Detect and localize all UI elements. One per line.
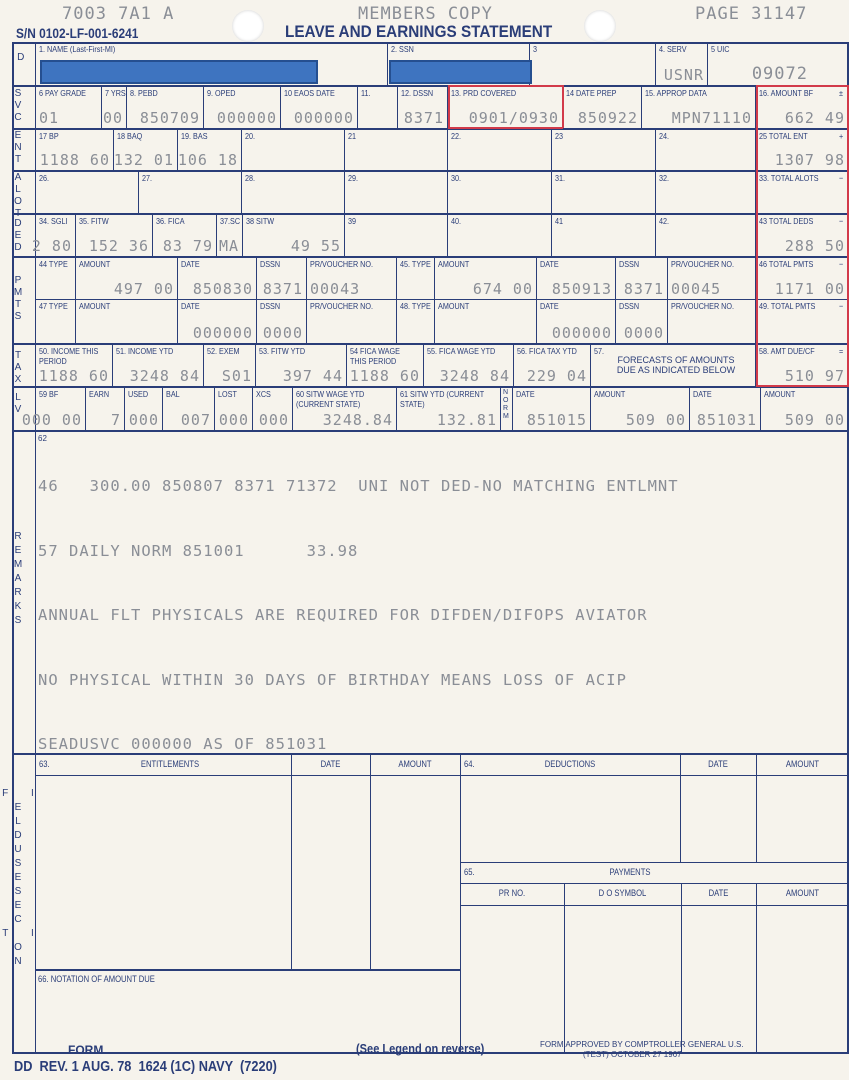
pmt44-dssn: DSSN8371 [257, 258, 307, 300]
field-29: 29. [345, 172, 448, 214]
uic-field: 5 UIC09072 [708, 43, 848, 86]
pmt44-amount: AMOUNT497 00 [76, 258, 178, 300]
field-11: 11. [358, 87, 398, 129]
row-label-field-use: F I E L D U S E S E C T I O N [1, 787, 35, 969]
field-40: 40. [448, 215, 552, 257]
pmt47-amount: AMOUNT [76, 300, 178, 344]
name-redaction [40, 60, 318, 84]
pay-grade-field: 6 PAY GRADE01 [36, 87, 102, 129]
forecast1-amount: AMOUNT509 00 [591, 388, 690, 431]
pmt45-amount: AMOUNT674 00 [435, 258, 537, 300]
forecast2-date: DATE851031 [690, 388, 761, 431]
field-32: 32. [656, 172, 756, 214]
sgli-field: 34. SGLI2 80 [36, 215, 76, 257]
pebd-field: 8. PEBD850709 [127, 87, 204, 129]
field-24: 24. [656, 130, 756, 171]
remarks-line: 46 300.00 850807 8371 71372 UNI NOT DED-… [38, 476, 679, 498]
pmt45-date: DATE850913 [537, 258, 616, 300]
field-26: 26. [36, 172, 139, 214]
income-this-period: 50. INCOME THIS PERIOD1188 60 [36, 345, 113, 387]
row-label-id: I D [1, 52, 35, 64]
fica-tax-ytd: 56. FICA TAX YTD229 04 [514, 345, 591, 387]
pmt48-voucher: PR/VOUCHER NO. [668, 300, 756, 344]
payments-number: 65. [464, 867, 475, 877]
notation-label: 66. NOTATION OF AMOUNT DUE [38, 974, 155, 984]
exem-field: 52. EXEMS01 [204, 345, 256, 387]
field-30: 30. [448, 172, 552, 214]
field-39: 39 [345, 215, 448, 257]
row-label-pmts: P M T S [1, 275, 35, 323]
approval-line-2: (TEST) OCTOBER 27 1967 [583, 1050, 682, 1059]
oped-field: 9. OPED000000 [204, 87, 281, 129]
deductions-amount-header: AMOUNT [763, 759, 842, 769]
pmt44-voucher: PR/VOUCHER NO.00043 [307, 258, 397, 300]
pmt47-date: DATE000000 [178, 300, 257, 344]
page-label: PAGE 31147 [695, 4, 807, 24]
row-label-svc: S V C [1, 88, 35, 124]
form-label: FORM [68, 1043, 103, 1057]
sc-field: 37.SCMA [217, 215, 243, 257]
sitw-wage-ytd: 60 SITW WAGE YTD (CURRENT STATE)3248.84 [293, 388, 397, 431]
payments-header: PAYMENTS [588, 867, 673, 877]
sitw-ytd: 61 SITW YTD (CURRENT STATE)132.81 [397, 388, 501, 431]
leave-xcs: XCS000 [253, 388, 293, 431]
payments-amount-header: AMOUNT [763, 888, 842, 898]
payments-prno-header: PR NO. [468, 888, 556, 898]
field-23: 23 [552, 130, 656, 171]
pmt44-date: DATE850830 [178, 258, 257, 300]
remarks-text: 46 300.00 850807 8371 71372 UNI NOT DED-… [38, 433, 679, 777]
ssn-redaction [389, 60, 532, 84]
field-28: 28. [242, 172, 345, 214]
pmt45-voucher: PR/VOUCHER NO.00045 [668, 258, 756, 300]
field-22: 22. [448, 130, 552, 171]
legend-note: (See Legend on reverse) [356, 1041, 484, 1056]
forecast1-date: DATE851015 [513, 388, 591, 431]
field-27: 27. [139, 172, 242, 214]
entitlements-date-header: DATE [297, 759, 364, 769]
dssn-field: 12. DSSN8371 [398, 87, 448, 129]
row-label-tax: T A X [1, 350, 35, 386]
serial-number: S/N 0102-LF-001-6241 [16, 25, 138, 41]
fica-wage-this-period: 54 FICA WAGE THIS PERIOD1188 60 [347, 345, 424, 387]
deductions-number: 64. [464, 759, 475, 769]
pmt44-type: 44 TYPE [36, 258, 76, 300]
page-title: LEAVE AND EARNINGS STATEMENT [285, 22, 552, 42]
fitw-field: 35. FITW152 36 [76, 215, 153, 257]
pmt45-dssn: DSSN8371 [616, 258, 668, 300]
field-31: 31. [552, 172, 656, 214]
pmt48-date: DATE000000 [537, 300, 616, 344]
field-42: 42. [656, 215, 756, 257]
row-label-ded: D E D [1, 218, 35, 254]
field-41: 41 [552, 215, 656, 257]
approval-line-1: FORM APPROVED BY COMPTROLLER GENERAL U.S… [540, 1040, 744, 1049]
fica-field: 36. FICA83 79 [153, 215, 217, 257]
approp-data-field: 15. APPROP DATAMPN71110 [642, 87, 756, 129]
punch-hole [232, 10, 264, 42]
norm-label: N O R M [501, 388, 513, 431]
sitw-field: 38 SITW49 55 [243, 215, 345, 257]
serv-field: 4. SERVUSNR [656, 43, 708, 86]
row-label-remarks: R E M A R K S [1, 530, 35, 628]
leave-bf: 59 BF000 00 [36, 388, 86, 431]
row-label-ent: E N T [1, 130, 35, 166]
entitlements-number: 63. [39, 759, 50, 769]
baq-field: 18 BAQ132 01 [114, 130, 178, 171]
form-id: DD REV. 1 AUG. 78 1624 (1C) NAVY (7220) [14, 1058, 277, 1075]
pmt48-type: 48. TYPE [397, 300, 435, 344]
remarks-line: NO PHYSICAL WITHIN 30 DAYS OF BIRTHDAY M… [38, 670, 679, 692]
field-3: 3 [530, 43, 656, 86]
entitlements-amount-header: AMOUNT [377, 759, 454, 769]
pmt48-amount: AMOUNT [435, 300, 537, 344]
deductions-date-header: DATE [686, 759, 751, 769]
pmt48-dssn: DSSN0000 [616, 300, 668, 344]
fitw-ytd: 53. FITW YTD397 44 [256, 345, 347, 387]
yrs-field: 7 YRS00 [102, 87, 127, 129]
copy-label: MEMBERS COPY [358, 4, 493, 24]
leave-lost: LOST000 [215, 388, 253, 431]
forecast-header: 57.FORECASTS OF AMOUNTS DUE AS INDICATED… [591, 345, 756, 387]
remarks-line: ANNUAL FLT PHYSICALS ARE REQUIRED FOR DI… [38, 605, 679, 627]
field-21: 21 [345, 130, 448, 171]
leave-bal: BAL007 [163, 388, 215, 431]
leave-used: USED000 [125, 388, 163, 431]
forecast2-amount: AMOUNT509 00 [761, 388, 848, 431]
eaos-field: 10 EAOS DATE000000 [281, 87, 358, 129]
bp-field: 17 BP1188 60 [36, 130, 114, 171]
bas-field: 19. BAS106 18 [178, 130, 242, 171]
highlight-period-covered [448, 85, 564, 129]
deductions-header: DEDUCTIONS [528, 759, 613, 769]
highlight-totals-column [756, 85, 849, 387]
entitlements-header: ENTITLEMENTS [128, 759, 213, 769]
punch-hole [584, 10, 616, 42]
payments-dosymbol-header: D O SYMBOL [573, 888, 672, 898]
fica-wage-ytd: 55. FICA WAGE YTD3248 84 [424, 345, 514, 387]
pmt47-dssn: DSSN0000 [257, 300, 307, 344]
remarks-line: 57 DAILY NORM 851001 33.98 [38, 541, 679, 563]
remarks-line: SEADUSVC 000000 AS OF 851031 [38, 734, 679, 756]
pmt47-voucher: PR/VOUCHER NO. [307, 300, 397, 344]
pmt47-type: 47 TYPE [36, 300, 76, 344]
leave-earn: EARN7 [86, 388, 125, 431]
field-20: 20. [242, 130, 345, 171]
payments-date-header: DATE [687, 888, 751, 898]
income-ytd: 51. INCOME YTD3248 84 [113, 345, 204, 387]
print-code: 7003 7A1 A [62, 4, 174, 24]
date-prep-field: 14 DATE PREP850922 [563, 87, 642, 129]
pmt45-type: 45. TYPE [397, 258, 435, 300]
